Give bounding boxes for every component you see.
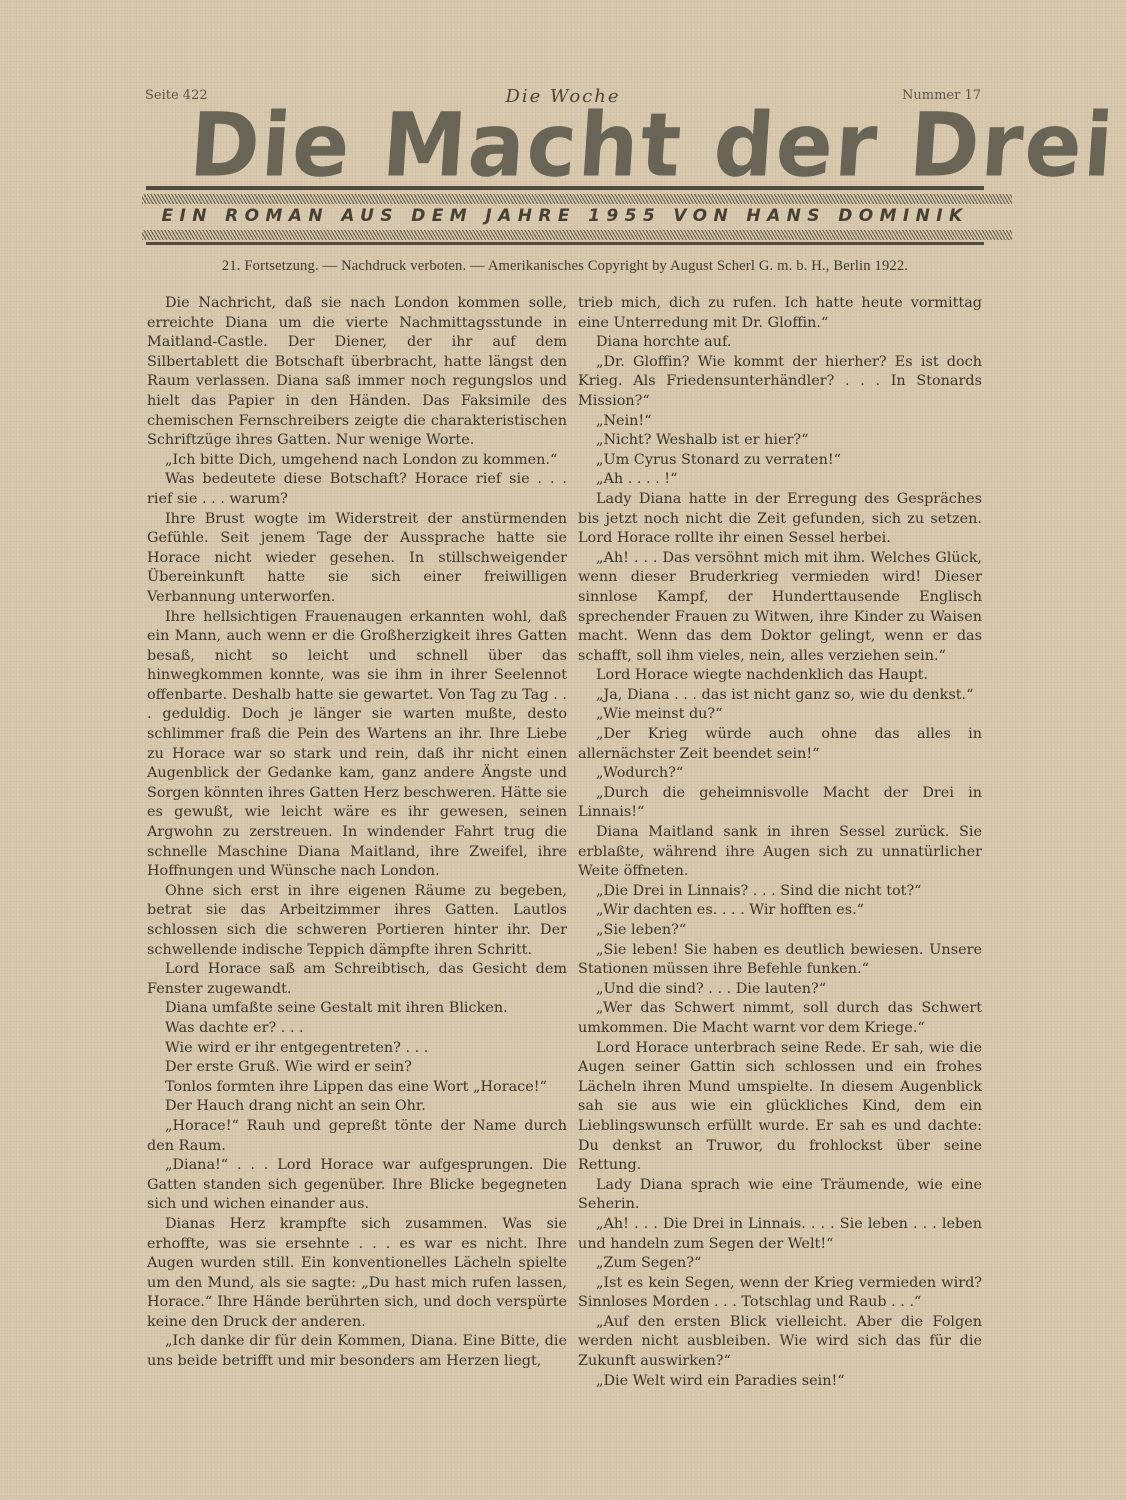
paragraph: Die Nachricht, daß sie nach London komme… (147, 294, 567, 451)
paragraph: „Der Krieg würde auch ohne das alles in … (578, 725, 982, 764)
paragraph: „Ah . . . . !“ (578, 470, 982, 490)
text-column-right: trieb mich, dich zu rufen. Ich hatte heu… (578, 294, 982, 1391)
paragraph: „Ich danke dir für dein Kommen, Diana. E… (147, 1332, 567, 1371)
paragraph: „Wer das Schwert nimmt, soll durch das S… (578, 999, 982, 1038)
copyright-line: 21. Fortsetzung. — Nachdruck verboten. —… (146, 258, 984, 275)
paragraph: „Nein!“ (578, 412, 982, 432)
paragraph: Dianas Herz krampfte sich zusammen. Was … (147, 1215, 567, 1333)
paragraph-continued: trieb mich, dich zu rufen. Ich hatte heu… (578, 294, 982, 333)
paragraph: Diana horchte auf. (578, 333, 982, 353)
paragraph: „Dr. Gloffin? Wie kommt der hierher? Es … (578, 353, 982, 412)
paragraph: Diana Maitland sank in ihren Sessel zurü… (578, 823, 982, 882)
paragraph: „Die Drei in Linnais? . . . Sind die nic… (578, 882, 982, 902)
paragraph: „Ah! . . . Die Drei in Linnais. . . . Si… (578, 1215, 982, 1254)
paragraph: „Ich bitte Dich, umgehend nach London zu… (147, 451, 567, 471)
hatch-rule-top (142, 194, 1012, 204)
paragraph: Was dachte er? . . . (147, 1019, 567, 1039)
paragraph: Lord Horace wiegte nachdenklich das Haup… (578, 666, 982, 686)
paragraph: „Ist es kein Segen, wenn der Krieg vermi… (578, 1274, 982, 1313)
paragraph: Lady Diana hatte in der Erregung des Ges… (578, 490, 982, 549)
paragraph: „Zum Segen?“ (578, 1254, 982, 1274)
paragraph: „Sie leben?“ (578, 921, 982, 941)
paragraph: Lady Diana sprach wie eine Träumende, wi… (578, 1176, 982, 1215)
paragraph: Der Hauch drang nicht an sein Ohr. (147, 1097, 567, 1117)
magazine-page: Seite 422 Die Woche Nummer 17 Die Macht … (0, 0, 1126, 1500)
paragraph: „Wie meinst du?“ (578, 705, 982, 725)
paragraph: „Um Cyrus Stonard zu verraten!“ (578, 451, 982, 471)
title-rule-top (146, 186, 984, 190)
paragraph: „Wodurch?“ (578, 764, 982, 784)
paragraph: „Ja, Diana . . . das ist nicht ganz so, … (578, 686, 982, 706)
paragraph: „Durch die geheimnisvolle Macht der Drei… (578, 784, 982, 823)
paragraph: Lord Horace saß am Schreibtisch, das Ges… (147, 960, 567, 999)
paragraph: Tonlos formten ihre Lippen das eine Wort… (147, 1078, 567, 1098)
paragraph: Ihre Brust wogte im Widerstreit der anst… (147, 510, 567, 608)
paragraph: „Und die sind? . . . Die lauten?“ (578, 980, 982, 1000)
paragraph: „Diana!“ . . . Lord Horace war aufgespru… (147, 1156, 567, 1215)
paragraph: „Wir dachten es. . . . Wir hofften es.“ (578, 901, 982, 921)
paragraph: Ohne sich erst in ihre eigenen Räume zu … (147, 882, 567, 960)
paragraph: „Die Welt wird ein Paradies sein!“ (578, 1372, 982, 1392)
paragraph: Was bedeutete diese Botschaft? Horace ri… (147, 470, 567, 509)
paragraph: „Nicht? Weshalb ist er hier?“ (578, 431, 982, 451)
title-rule-bottom (146, 242, 984, 245)
paragraph: „Horace!“ Rauh und gepreßt tönte der Nam… (147, 1117, 567, 1156)
paragraph: Lord Horace unterbrach seine Rede. Er sa… (578, 1039, 982, 1176)
article-subtitle: EIN ROMAN AUS DEM JAHRE 1955 VON HANS DO… (146, 206, 984, 230)
article-title: Die Macht der Drei (187, 102, 953, 188)
paragraph: „Auf den ersten Blick vielleicht. Aber d… (578, 1313, 982, 1372)
paragraph: Ihre hellsichtigen Frauenaugen erkannten… (147, 608, 567, 882)
text-column-left: Die Nachricht, daß sie nach London komme… (147, 294, 567, 1372)
paragraph: „Ah! . . . Das versöhnt mich mit ihm. We… (578, 549, 982, 667)
hatch-rule-bottom (142, 230, 1012, 240)
paragraph: Diana umfaßte seine Gestalt mit ihren Bl… (147, 999, 567, 1019)
paragraph: Der erste Gruß. Wie wird er sein? (147, 1058, 567, 1078)
paragraph: Wie wird er ihr entgegentreten? . . . (147, 1039, 567, 1059)
paragraph: „Sie leben! Sie haben es deutlich bewies… (578, 941, 982, 980)
